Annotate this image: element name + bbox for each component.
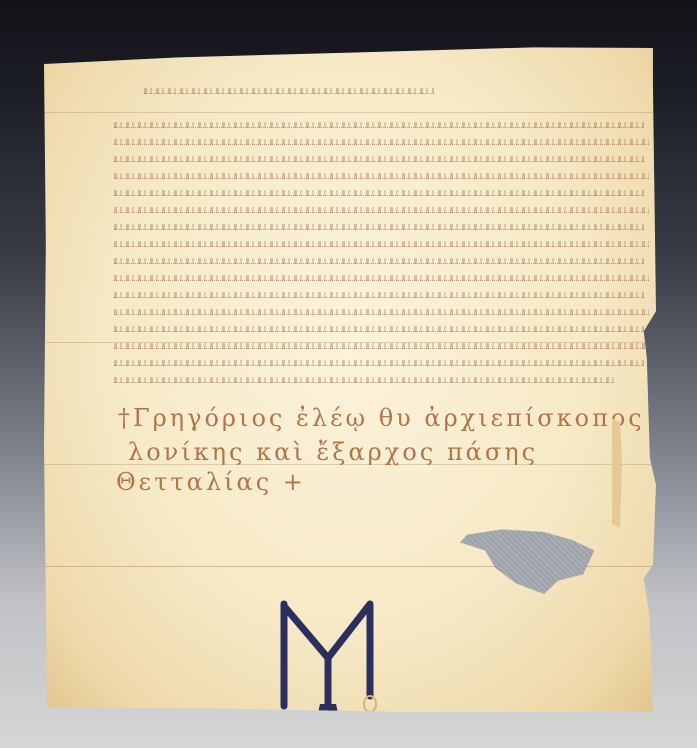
parchment-document: †Γρηγόριος ἐλέῳ θυ ἀρχιεπίσκοπος Θεσσα- … xyxy=(44,44,656,712)
script-line xyxy=(114,190,644,196)
script-line xyxy=(114,241,649,247)
monogram-cord-icon xyxy=(270,596,390,724)
signature-line-2: λονίκης καὶ ἔξαρχος πάσης xyxy=(128,438,538,466)
script-line xyxy=(114,360,644,366)
signature-line-3: Θετταλίας + xyxy=(116,468,306,496)
script-line xyxy=(114,275,649,281)
parchment-tab xyxy=(612,418,622,528)
fold-line xyxy=(44,112,656,113)
script-line xyxy=(114,173,649,179)
script-line xyxy=(114,326,644,332)
script-line xyxy=(114,207,649,213)
header-script-line xyxy=(144,88,434,94)
signature-line-1: †Γρηγόριος ἐλέῳ θυ ἀρχιεπίσκοπος Θεσσα- xyxy=(118,404,697,432)
script-line xyxy=(114,343,649,349)
script-line xyxy=(114,156,644,162)
script-line xyxy=(114,309,649,315)
script-line xyxy=(114,292,644,298)
script-line xyxy=(114,258,644,264)
script-line xyxy=(114,122,644,128)
script-line xyxy=(114,139,649,145)
script-line xyxy=(114,377,614,383)
script-line xyxy=(114,224,644,230)
